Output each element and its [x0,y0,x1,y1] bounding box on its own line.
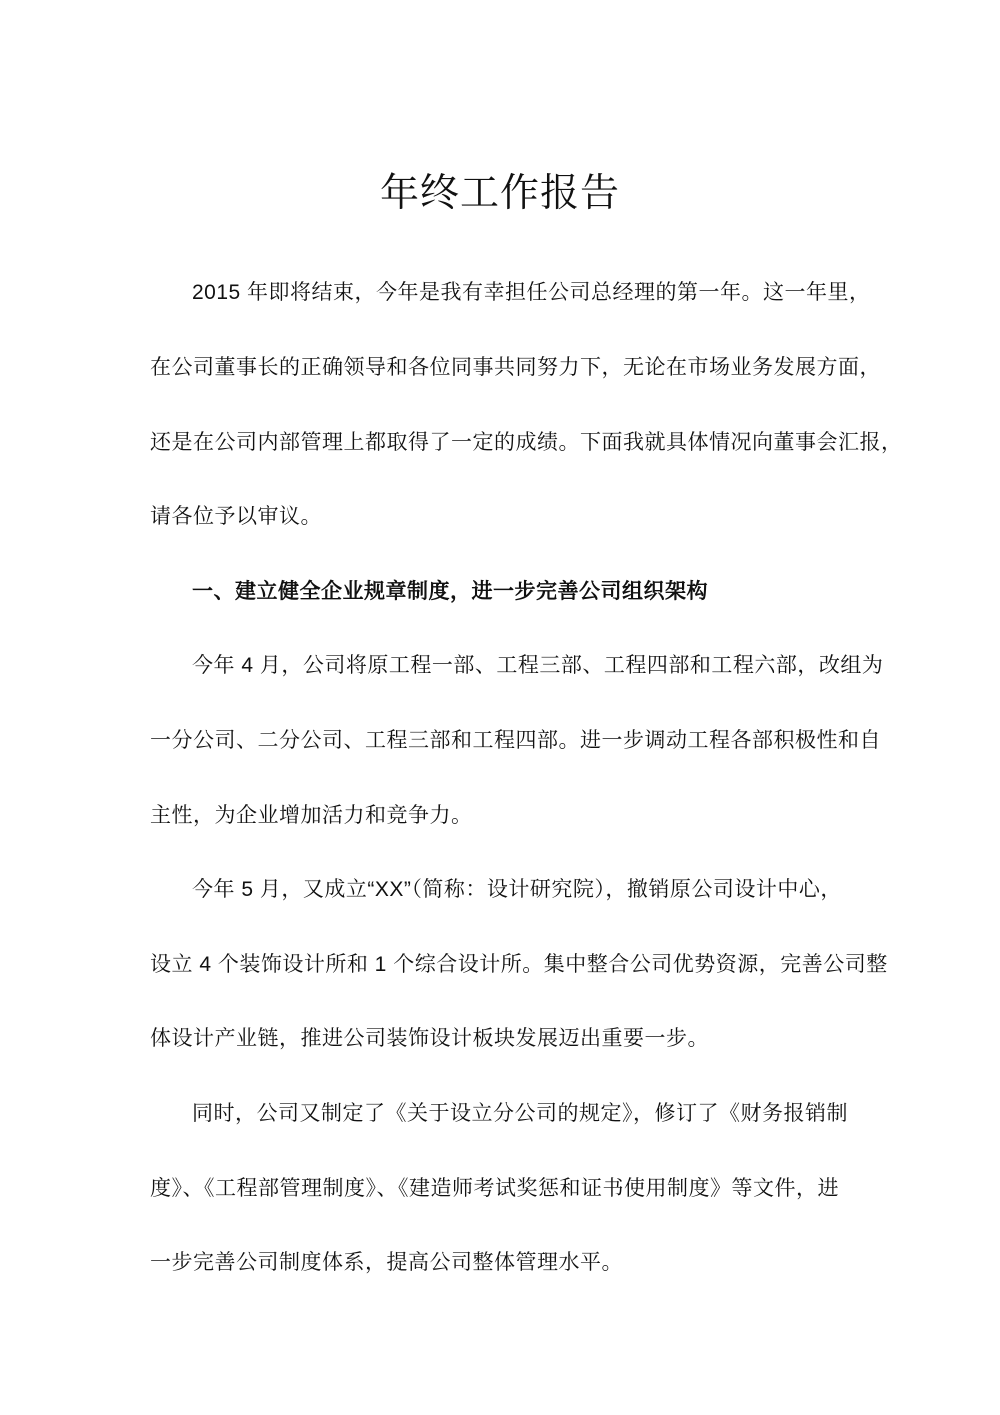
document-title: 年终工作报告 [150,172,850,216]
text-line: 度》、《工程部管理制度》、《建造师考试奖惩和证书使用制度》等文件，进 [150,1149,850,1224]
text-line: 今年 5 月，又成立“XX”（简称：设计研究院），撤销原公司设计中心， [150,851,850,926]
text-line: 主性，为企业增加活力和竞争力。 [150,776,850,851]
section-heading: 一、建立健全企业规章制度，进一步完善公司组织架构 [150,553,850,628]
text-line: 今年 4 月，公司将原工程一部、工程三部、工程四部和工程六部，改组为 [150,627,850,702]
text-line: 一步完善公司制度体系，提高公司整体管理水平。 [150,1224,850,1299]
text-line: 同时，公司又制定了《关于设立分公司的规定》，修订了《财务报销制 [150,1075,850,1150]
text-line: 设立 4 个装饰设计所和 1 个综合设计所。集中整合公司优势资源，完善公司整 [150,925,850,1000]
text-line: 还是在公司内部管理上都取得了一定的成绩。下面我就具体情况向董事会汇报， [150,403,850,478]
text-line: 一分公司、二分公司、工程三部和工程四部。进一步调动工程各部积极性和自 [150,702,850,777]
document-body: 2015 年即将结束，今年是我有幸担任公司总经理的第一年。这一年里， 在公司董事… [150,254,850,1298]
text-line: 2015 年即将结束，今年是我有幸担任公司总经理的第一年。这一年里， [150,254,850,329]
text-line: 体设计产业链，推进公司装饰设计板块发展迈出重要一步。 [150,1000,850,1075]
text-line: 在公司董事长的正确领导和各位同事共同努力下，无论在市场业务发展方面， [150,329,850,404]
document-page: 年终工作报告 2015 年即将结束，今年是我有幸担任公司总经理的第一年。这一年里… [0,0,1000,1415]
text-line: 请各位予以审议。 [150,478,850,553]
